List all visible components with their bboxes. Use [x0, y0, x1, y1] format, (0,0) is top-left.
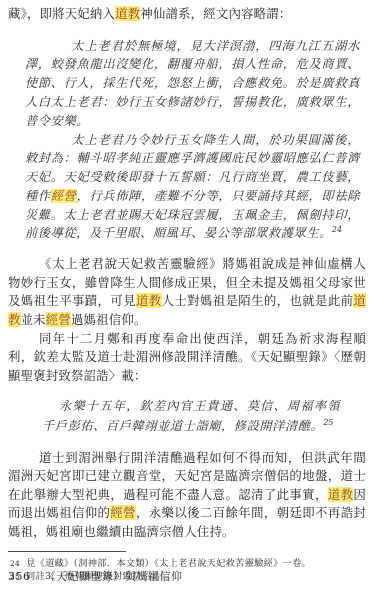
scripture-block-quote: 太上老君於無極境，見大洋溟渤，四海九江五湖水澤，蛟發魚龍出沒變化，翻覆舟船，損人… — [25, 37, 360, 244]
running-title: 《天妃顯聖錄》與媽祖信仰 — [45, 570, 183, 583]
paragraph-text: 人士對媽祖是陌生的，也就是此前 — [162, 293, 354, 308]
opening-paragraph: 藏》，即將天妃納入道教神仙譜系，經文內容略謂： — [8, 5, 366, 24]
quote-paragraph: 永樂十五年，欽差內官王貴通、莫信、周福率領千戶彭佑、百戶韓翊並道士詣廟，修設開洋… — [42, 397, 340, 436]
paragraph-zhenghe: 同年十二月鄭和再度奉命出使西洋，朝廷為祈求海程順利，欽差太監及道士赴湄洲修設開洋… — [8, 330, 366, 386]
page-number: 356 — [8, 570, 31, 583]
book-page: 藏》，即將天妃納入道教神仙譜系，經文內容略謂： 太上老君於無極境，見大洋溟渤，四… — [0, 0, 374, 600]
footnote-ref-24: 24 — [332, 225, 342, 234]
paragraph-text: 同年十二月鄭和再度奉命出使西洋，朝廷為祈求海程順利，欽差太監及道士赴湄洲修設開洋… — [8, 331, 366, 383]
paragraph-text: 道士到湄洲舉行開洋清醮過程如何不得而知，但洪武年間湄洲天妃宮即已建立觀音堂，天妃… — [8, 450, 366, 502]
paragraph-commentary: 《太上老君說天妃救苦靈驗經》將媽祖說成是神仙虛構人物妙行玉女，雖曾降生人間修成正… — [8, 255, 366, 329]
citation-block-quote: 永樂十五年，欽差內官王貴通、莫信、周福率領千戶彭佑、百戶韓翊並道士詣廟，修設開洋… — [42, 397, 340, 436]
paragraph-text: 並未 — [21, 312, 46, 327]
paragraph-text: 過媽祖信仰。 — [71, 312, 147, 327]
quote-text: 太上老君於無極境，見大洋溟渤，四海九江五湖水澤，蛟發魚龍出沒變化，翻覆舟船，損人… — [25, 39, 360, 128]
quote-paragraph: 太上老君於無極境，見大洋溟渤，四海九江五湖水澤，蛟發魚龍出沒變化，翻覆舟船，損人… — [25, 37, 360, 131]
quote-paragraph: 太上老君乃令妙行玉女降生人間，於功果圓滿後，敕封為：輔斗昭孝純正靈應孚濟護國庇民… — [25, 131, 360, 244]
paragraph-text: 神仙譜系，經文內容略謂： — [140, 6, 291, 21]
highlighted-term-daojiao: 道教 — [328, 487, 354, 502]
footnote-ref-25: 25 — [323, 418, 333, 427]
highlighted-term-jingying: 經營 — [110, 505, 136, 520]
footnote-separator-rule — [8, 551, 126, 552]
quote-text: 永樂十五年，欽差內官王貴通、莫信、周福率領千戶彭佑、百戶韓翊並道士詣廟，修設開洋… — [42, 399, 340, 433]
highlighted-term-jingying: 經營 — [46, 312, 71, 327]
highlighted-term-daojiao: 道教 — [136, 293, 162, 308]
page-footer: 356《天妃顯聖錄》與媽祖信仰 — [8, 568, 183, 584]
highlighted-term-jingying: 經營 — [51, 189, 77, 203]
paragraph-text: 藏》，即將天妃納入 — [8, 6, 115, 21]
paragraph-conclusion: 道士到湄洲舉行開洋清醮過程如何不得而知，但洪武年間湄洲天妃宮即已建立觀音堂，天妃… — [8, 449, 366, 542]
highlighted-term-daojiao: 道教 — [115, 6, 140, 21]
